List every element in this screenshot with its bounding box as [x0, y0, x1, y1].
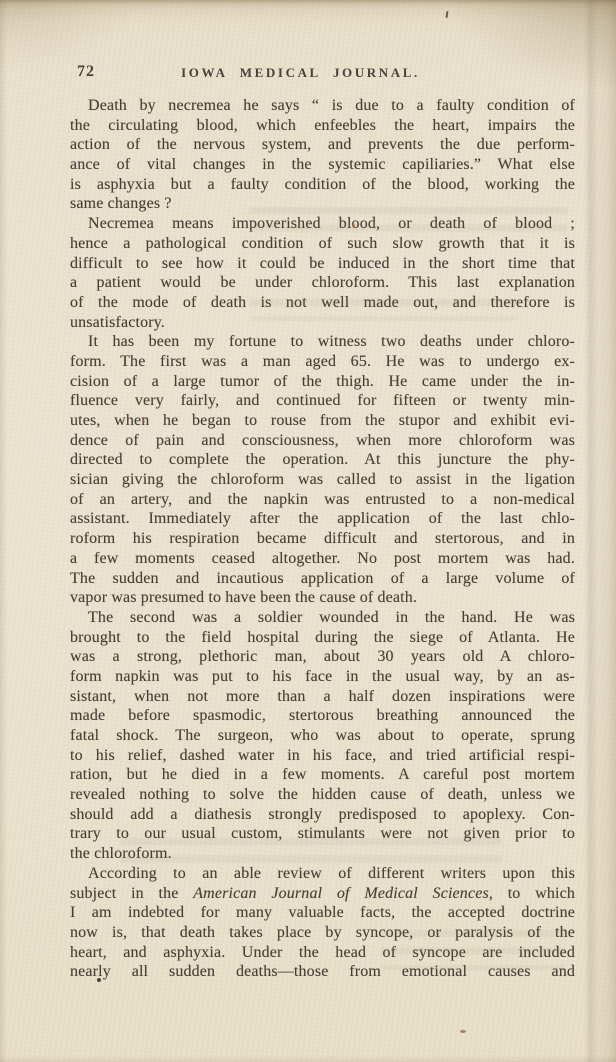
text-segment: The sudden and incautious application of… [70, 570, 575, 587]
text-line: cision of a large tumor of the thigh. He… [70, 372, 575, 392]
text-line: vapor was presumed to have been the caus… [70, 588, 575, 608]
paper-crease [584, 0, 598, 1062]
text-segment: should add a diathesis strongly predispo… [70, 806, 575, 823]
text-segment: the chloroform. [70, 845, 172, 862]
text-line: should add a diathesis strongly predispo… [70, 805, 575, 825]
text-line: roform his respiration became difficult … [70, 529, 575, 549]
text-segment: was a strong, plethoric man, about 30 ye… [70, 648, 575, 665]
text-line: heart, and asphyxia. Under the head of s… [70, 943, 575, 963]
text-column: Death by necremea he says “ is due to a … [70, 96, 575, 982]
text-line: fatal shock. The surgeon, who was about … [70, 726, 575, 746]
text-line: the chloroform. [70, 844, 575, 864]
text-segment: Death by necremea he says “ is due to a … [88, 97, 575, 114]
text-segment: unsatisfactory. [70, 314, 165, 331]
text-segment: of an artery, and the napkin was entrust… [70, 491, 575, 508]
text-line: of an artery, and the napkin was entrust… [70, 490, 575, 510]
text-line: of the mode of death is not well made ou… [70, 293, 575, 313]
text-line: a few moments ceased altogether. No post… [70, 549, 575, 569]
text-segment: same changes ? [70, 195, 172, 212]
text-segment: action of the nervous system, and preven… [70, 136, 575, 153]
text-segment: , to which [489, 885, 575, 902]
text-line: subject in the American Journal of Medic… [70, 884, 575, 904]
text-line: The sudden and incautious application of… [70, 569, 575, 589]
text-line: Necremea means impoverished blood, or de… [70, 214, 575, 234]
text-segment: fatal shock. The surgeon, who was about … [70, 727, 575, 744]
text-line: was a strong, plethoric man, about 30 ye… [70, 647, 575, 667]
text-line: ance of vital changes in the systemic ca… [70, 155, 575, 175]
text-line: action of the nervous system, and preven… [70, 135, 575, 155]
text-segment: subject in the [70, 885, 193, 902]
text-segment: fluence very fairly, and continued for f… [70, 392, 575, 409]
text-line: revealed nothing to solve the hidden cau… [70, 785, 575, 805]
text-segment: cision of a large tumor of the thigh. He… [70, 373, 575, 390]
text-segment: a few moments ceased altogether. No post… [70, 550, 575, 567]
text-segment: It has been my fortune to witness two de… [88, 333, 575, 350]
text-segment: sician giving the chloroform was called … [70, 471, 575, 488]
text-segment: of the mode of death is not well made ou… [70, 294, 575, 311]
text-line: The second was a soldier wounded in the … [70, 608, 575, 628]
text-segment: the circulating blood, which enfeebles t… [70, 117, 575, 134]
text-segment: Necremea means impoverished blood, or de… [88, 215, 575, 232]
text-segment: assistant. Immediately after the applica… [70, 510, 575, 527]
ink-speck [460, 1030, 466, 1033]
text-segment: is asphyxia but a faulty condition of th… [70, 176, 575, 193]
ink-speck [446, 11, 449, 18]
text-segment: form. The first was a man aged 65. He wa… [70, 353, 575, 370]
text-line: sician giving the chloroform was called … [70, 470, 575, 490]
text-line: nearly all sudden deaths—those from emot… [70, 962, 575, 982]
text-line: ration, but he died in a few moments. A … [70, 765, 575, 785]
text-segment: vapor was presumed to have been the caus… [70, 589, 417, 606]
text-line: form napkin was put to his face in the u… [70, 667, 575, 687]
text-segment: The second was a soldier wounded in the … [88, 609, 575, 626]
text-segment: brought to the field hospital during the… [70, 629, 575, 646]
page-number: 72 [77, 63, 95, 81]
text-line: utes, when he began to rouse from the st… [70, 411, 575, 431]
text-segment: made before spasmodic, stertorous breath… [70, 707, 575, 724]
text-line: unsatisfactory. [70, 313, 575, 333]
text-line: trary to our usual custom, stimulants we… [70, 824, 575, 844]
text-segment: nearly all sudden deaths—those from emot… [70, 963, 575, 980]
text-line: the circulating blood, which enfeebles t… [70, 116, 575, 136]
text-line: fluence very fairly, and continued for f… [70, 391, 575, 411]
text-segment: According to an able review of different… [88, 865, 575, 882]
journal-title: IOWA MEDICAL JOURNAL. [181, 65, 420, 81]
text-segment: heart, and asphyxia. Under the head of s… [70, 944, 575, 961]
text-line: assistant. Immediately after the applica… [70, 509, 575, 529]
text-segment: to his relief, dashed water in his face,… [70, 747, 575, 764]
text-segment: utes, when he began to rouse from the st… [70, 412, 575, 429]
text-segment: revealed nothing to solve the hidden cau… [70, 786, 575, 803]
text-line: I am indebted for many valuable facts, t… [70, 903, 575, 923]
text-line: hence a pathological condition of such s… [70, 234, 575, 254]
text-segment: trary to our usual custom, stimulants we… [70, 825, 575, 842]
text-segment: directed to complete the operation. At t… [70, 451, 575, 468]
text-line: made before spasmodic, stertorous breath… [70, 706, 575, 726]
text-line: It has been my fortune to witness two de… [70, 332, 575, 352]
text-line: a patient would be under chloroform. Thi… [70, 273, 575, 293]
text-line: same changes ? [70, 194, 575, 214]
text-segment: dence of pain and consciousness, when mo… [70, 432, 575, 449]
text-line: directed to complete the operation. At t… [70, 450, 575, 470]
text-segment: hence a pathological condition of such s… [70, 235, 575, 252]
text-line: difficult to see how it could be induced… [70, 254, 575, 274]
text-line: According to an able review of different… [70, 864, 575, 884]
text-line: dence of pain and consciousness, when mo… [70, 431, 575, 451]
text-segment: form napkin was put to his face in the u… [70, 668, 575, 685]
text-line: brought to the field hospital during the… [70, 628, 575, 648]
text-segment: difficult to see how it could be induced… [70, 255, 575, 272]
text-segment: now is, that death takes place by syncop… [70, 924, 575, 941]
page-header: 72 IOWA MEDICAL JOURNAL. [70, 63, 575, 83]
text-line: form. The first was a man aged 65. He wa… [70, 352, 575, 372]
text-segment: sistant, when not more than a half dozen… [70, 688, 575, 705]
page: 72 IOWA MEDICAL JOURNAL. Death by necrem… [0, 0, 616, 1062]
text-segment: I am indebted for many valuable facts, t… [70, 904, 575, 921]
text-segment: a patient would be under chloroform. Thi… [70, 274, 575, 291]
text-line: Death by necremea he says “ is due to a … [70, 96, 575, 116]
text-segment: ration, but he died in a few moments. A … [70, 766, 575, 783]
text-line: to his relief, dashed water in his face,… [70, 746, 575, 766]
text-segment: roform his respiration became difficult … [70, 530, 575, 547]
text-line: now is, that death takes place by syncop… [70, 923, 575, 943]
text-line: is asphyxia but a faulty condition of th… [70, 175, 575, 195]
text-line: sistant, when not more than a half dozen… [70, 687, 575, 707]
text-segment: ance of vital changes in the systemic ca… [70, 156, 575, 173]
italic-text: American Journal of Medical Sciences [193, 885, 489, 902]
